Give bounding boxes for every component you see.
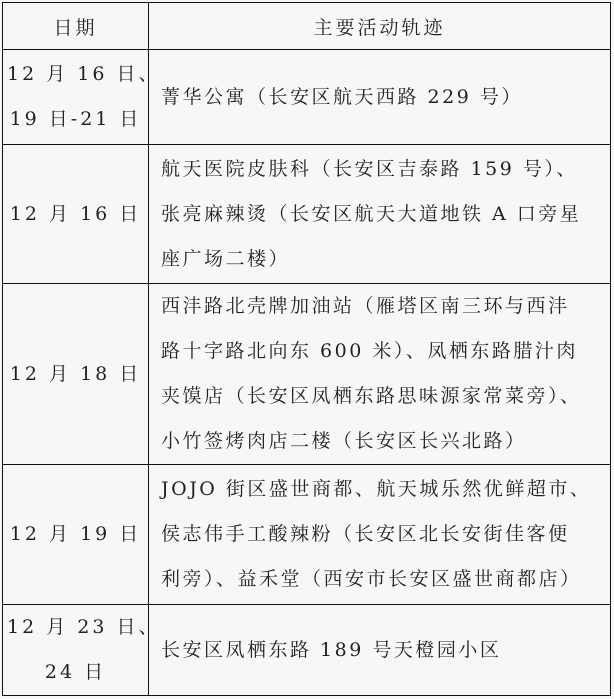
date-line: 12 月 19 日 <box>7 512 144 557</box>
date-cell: 12 月 23 日、 24 日 <box>3 605 149 696</box>
date-line: 12 月 18 日 <box>7 352 144 397</box>
location-line: 张亮麻辣烫（长安区航天大道地铁 A 口旁星 <box>161 192 604 237</box>
location-cell: 长安区凤栖东路 189 号天橙园小区 <box>149 605 611 696</box>
date-cell: 12 月 18 日 <box>3 284 149 465</box>
table-row: 12 月 23 日、 24 日 长安区凤栖东路 189 号天橙园小区 <box>3 605 611 696</box>
location-line: JOJO 街区盛世商都、航天城乐然优鲜超市、 <box>161 467 604 512</box>
table-header-row: 日期 主要活动轨迹 <box>3 3 611 50</box>
table-row: 12 月 16 日、 19 日-21 日 菁华公寓（长安区航天西路 229 号） <box>3 50 611 145</box>
table-row: 12 月 18 日 西沣路北壳牌加油站（雁塔区南三环与西沣 路十字路北向东 60… <box>3 284 611 465</box>
date-line: 12 月 16 日、 <box>7 52 144 97</box>
location-line: 小竹签烤肉店二楼（长安区长兴北路） <box>161 419 604 464</box>
header-activity-trajectory: 主要活动轨迹 <box>149 3 611 50</box>
location-line: 长安区凤栖东路 189 号天橙园小区 <box>161 628 604 673</box>
table-row: 12 月 19 日 JOJO 街区盛世商都、航天城乐然优鲜超市、 侯志伟手工酸辣… <box>3 465 611 605</box>
date-cell: 12 月 16 日、 19 日-21 日 <box>3 50 149 145</box>
location-cell: JOJO 街区盛世商都、航天城乐然优鲜超市、 侯志伟手工酸辣粉（长安区北长安街佳… <box>149 465 611 605</box>
date-line: 12 月 16 日 <box>7 192 144 237</box>
location-cell: 航天医院皮肤科（长安区吉泰路 159 号）、 张亮麻辣烫（长安区航天大道地铁 A… <box>149 145 611 284</box>
date-line: 24 日 <box>7 650 144 695</box>
date-cell: 12 月 16 日 <box>3 145 149 284</box>
location-line: 座广场二楼） <box>161 237 604 282</box>
header-date: 日期 <box>3 3 149 50</box>
location-cell: 菁华公寓（长安区航天西路 229 号） <box>149 50 611 145</box>
location-line: 西沣路北壳牌加油站（雁塔区南三环与西沣 <box>161 284 604 329</box>
table-row: 12 月 16 日 航天医院皮肤科（长安区吉泰路 159 号）、 张亮麻辣烫（长… <box>3 145 611 284</box>
location-line: 路十字路北向东 600 米）、凤栖东路腊汁肉 <box>161 329 604 374</box>
location-line: 侯志伟手工酸辣粉（长安区北长安街佳客便 <box>161 512 604 557</box>
date-cell: 12 月 19 日 <box>3 465 149 605</box>
date-line: 12 月 23 日、 <box>7 605 144 650</box>
date-line: 19 日-21 日 <box>7 97 144 142</box>
location-line: 航天医院皮肤科（长安区吉泰路 159 号）、 <box>161 147 604 192</box>
location-cell: 西沣路北壳牌加油站（雁塔区南三环与西沣 路十字路北向东 600 米）、凤栖东路腊… <box>149 284 611 465</box>
location-line: 菁华公寓（长安区航天西路 229 号） <box>161 75 604 120</box>
location-line: 利旁）、益禾堂（西安市长安区盛世商都店） <box>161 557 604 602</box>
location-line: 夹馍店（长安区凤栖东路思味源家常菜旁）、 <box>161 374 604 419</box>
activity-trajectory-table: 日期 主要活动轨迹 12 月 16 日、 19 日-21 日 菁华公寓（长安区航… <box>2 2 611 696</box>
